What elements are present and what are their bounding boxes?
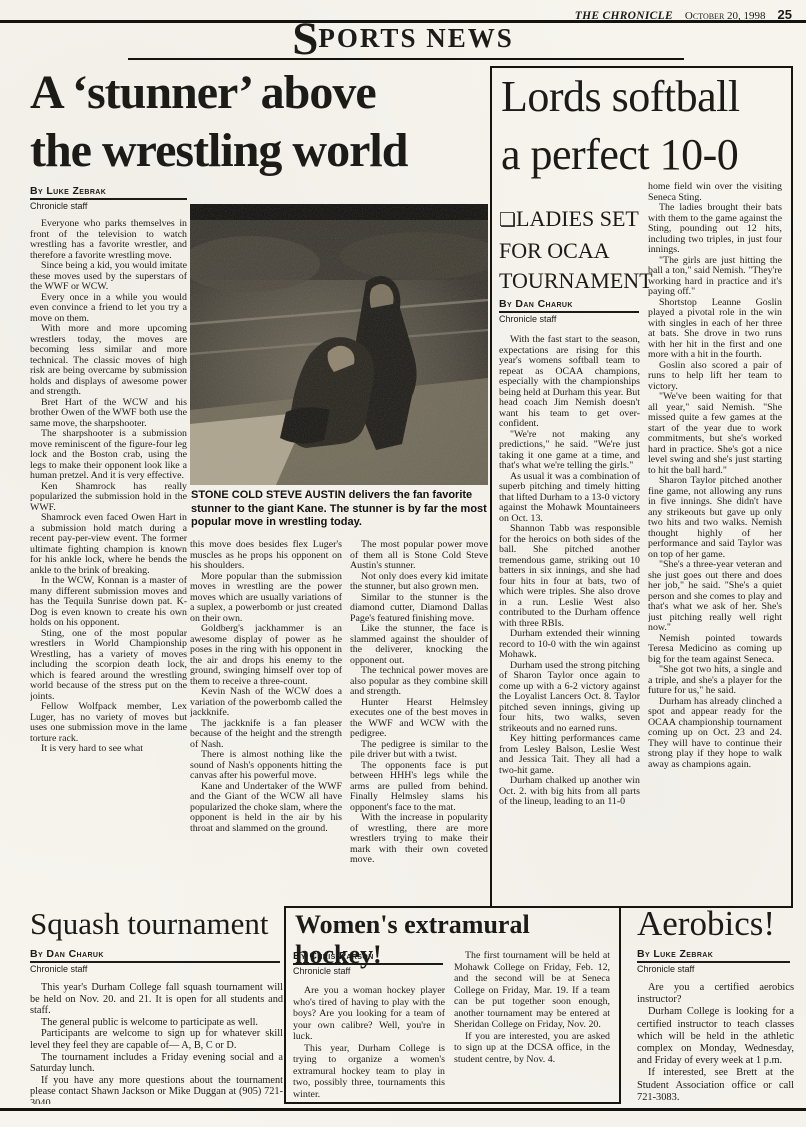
paragraph: Like the stunner, the face is slammed ag… <box>350 624 488 666</box>
squash-body: This year's Durham College fall squash t… <box>30 982 283 1104</box>
section-masthead: SPORTS NEWS <box>0 22 806 56</box>
paragraph: Are you a woman hockey player who's tire… <box>293 985 445 1043</box>
paragraph: With the fast start to the season, expec… <box>499 335 640 430</box>
paragraph: Durham extended their winning record to … <box>499 629 640 661</box>
paragraph: With the increase in popularity of wrest… <box>350 813 488 866</box>
bottom-rule <box>0 1108 806 1111</box>
paragraph: If you have any more questions about the… <box>30 1075 283 1104</box>
paragraph: Hunter Hearst Helmsley executes one of t… <box>350 698 488 740</box>
paragraph: Since being a kid, you would imitate the… <box>30 261 187 293</box>
squash-byline: By Dan Charuk Chronicle staff <box>30 948 280 974</box>
paragraph: The pedigree is similar to the pile driv… <box>350 740 488 761</box>
aerobics-headline: Aerobics! <box>637 904 775 944</box>
hockey-column-2: The first tournament will be held at Moh… <box>454 950 610 1098</box>
paragraph: The first tournament will be held at Moh… <box>454 950 610 1031</box>
paragraph: Goldberg's jackhammer is an awesome disp… <box>190 624 342 687</box>
paragraph: The ladies brought their bats with them … <box>648 203 782 256</box>
softball-headline-line-1: Lords softball <box>501 68 740 126</box>
masthead-rule <box>128 58 684 60</box>
wrestling-photo <box>190 204 488 485</box>
paragraph: The tournament includes a Friday evening… <box>30 1052 283 1075</box>
softball-column-1: With the fast start to the season, expec… <box>499 335 640 895</box>
newspaper-page: THE CHRONICLE October 20, 1998 25 SPORTS… <box>0 0 806 1127</box>
paragraph: There is almost nothing like the sound o… <box>190 750 342 782</box>
paragraph: As usual it was a combination of superb … <box>499 472 640 525</box>
paragraph: this move does besides flex Luger's musc… <box>190 540 342 572</box>
paragraph: It is very hard to see what <box>30 744 187 755</box>
hockey-column-1: Are you a woman hockey player who's tire… <box>293 985 445 1097</box>
paragraph: Durham used the strong pitching of Sharo… <box>499 661 640 735</box>
wrestling-headline: A ‘stunner’ above the wrestling world <box>30 64 488 180</box>
paragraph: "The girls are just hitting the ball a t… <box>648 256 782 298</box>
paragraph: In the WCW, Konnan is a master of many d… <box>30 576 187 629</box>
paragraph: Shannon Tabb was responsible for the her… <box>499 524 640 629</box>
squash-headline: Squash tournament <box>30 906 269 942</box>
byline-role: Chronicle staff <box>499 313 639 324</box>
paragraph: home field win over the visiting Seneca … <box>648 182 782 203</box>
softball-byline: By Dan Charuk Chronicle staff <box>499 298 639 324</box>
byline-name: By Dan Charuk <box>499 298 639 313</box>
aerobics-byline: By Luke Zebrak Chronicle staff <box>637 948 790 974</box>
paragraph: The opponents face is put between HHH's … <box>350 761 488 814</box>
paragraph: More popular than the submission moves i… <box>190 572 342 625</box>
masthead-text: PORTS NEWS <box>318 23 513 53</box>
wrestling-column-3: The most popular power move of them all … <box>350 540 488 908</box>
paragraph: If interested, see Brett at the Student … <box>637 1067 794 1104</box>
paragraph: The most popular power move of them all … <box>350 540 488 572</box>
paragraph: The technical power moves are also popul… <box>350 666 488 698</box>
softball-subhead: ❏LADIES SET FOR OCAA TOURNAMENT <box>499 204 649 296</box>
paragraph: Nemish pointed towards Teresa Medicino a… <box>648 634 782 666</box>
paragraph: Sting, one of the most popular wrestlers… <box>30 629 187 703</box>
paragraph: Not only does every kid imitate the stun… <box>350 572 488 593</box>
paragraph: Key hitting performances came from Lesle… <box>499 734 640 776</box>
byline-role: Chronicle staff <box>293 965 443 976</box>
aerobics-body: Are you a certified aerobics instructor?… <box>637 982 794 1104</box>
paragraph: Similar to the stunner is the diamond cu… <box>350 593 488 625</box>
wrestling-photo-image <box>190 204 488 485</box>
byline-name: By Chris Parson <box>293 950 443 965</box>
photo-caption: STONE COLD STEVE AUSTIN delivers the fan… <box>191 489 488 530</box>
paragraph: With more and more upcoming wrestlers to… <box>30 324 187 398</box>
paragraph: Durham has already clinched a spot and a… <box>648 697 782 771</box>
softball-headline-line-2: a perfect 10-0 <box>501 126 738 184</box>
paragraph: Participants are welcome to sign up for … <box>30 1028 283 1051</box>
paragraph: Bret Hart of the WCW and his brother Owe… <box>30 398 187 430</box>
paragraph: Durham chalked up another win Oct. 2. wi… <box>499 776 640 808</box>
byline-name: By Luke Zebrak <box>30 185 187 200</box>
byline-name: By Luke Zebrak <box>637 948 790 963</box>
paragraph: Fellow Wolfpack member, Lex Luger, has n… <box>30 702 187 744</box>
paragraph: Shortstop Leanne Goslin played a pivotal… <box>648 298 782 361</box>
paragraph: Sharon Taylor pitched another fine game,… <box>648 476 782 560</box>
paragraph: Goslin also scored a pair of runs to hel… <box>648 361 782 393</box>
paragraph: Shamrock even faced Owen Hart in a submi… <box>30 513 187 576</box>
square-bullet-icon: ❏ <box>499 210 516 231</box>
paragraph: Everyone who parks themselves in front o… <box>30 219 187 261</box>
paragraph: Kane and Undertaker of the WWF and the G… <box>190 782 342 835</box>
softball-column-2: home field win over the visiting Seneca … <box>648 182 782 898</box>
paragraph: This year, Durham College is trying to o… <box>293 1043 445 1098</box>
paragraph: The general public is welcome to partici… <box>30 1017 283 1029</box>
paragraph: This year's Durham College fall squash t… <box>30 982 283 1017</box>
paragraph: "We're not making any predictions," he s… <box>499 430 640 472</box>
wrestling-byline: By Luke Zebrak Chronicle staff <box>30 185 187 211</box>
paragraph: The sharpshooter is a submission move re… <box>30 429 187 482</box>
paragraph: Durham College is looking for a certifie… <box>637 1006 794 1067</box>
byline-name: By Dan Charuk <box>30 948 280 963</box>
softball-article-box: Lords softball a perfect 10-0 ❏LADIES SE… <box>490 66 793 908</box>
paragraph: "We've been waiting for that all year," … <box>648 392 782 476</box>
byline-role: Chronicle staff <box>30 200 187 211</box>
paragraph: Are you a certified aerobics instructor? <box>637 982 794 1006</box>
paragraph: "She got two hits, a single and a triple… <box>648 665 782 697</box>
headline-line-2: the wrestling world <box>30 122 488 180</box>
byline-role: Chronicle staff <box>637 963 790 974</box>
paragraph: Kevin Nash of the WCW does a variation o… <box>190 687 342 719</box>
paragraph: Ken Shamrock has really popularized the … <box>30 482 187 514</box>
paragraph: Every once in a while you would even con… <box>30 293 187 325</box>
headline-line-1: A ‘stunner’ above <box>30 64 488 122</box>
byline-role: Chronicle staff <box>30 963 280 974</box>
paragraph: "She's a three-year veteran and she just… <box>648 560 782 634</box>
paragraph: The jackknife is a fan pleaser because o… <box>190 719 342 751</box>
hockey-article-box: Women's extramural hockey! By Chris Pars… <box>284 906 621 1104</box>
paragraph: If you are interested, you are asked to … <box>454 1031 610 1066</box>
wrestling-column-1: Everyone who parks themselves in front o… <box>30 219 187 911</box>
subhead-text: LADIES SET FOR OCAA TOURNAMENT <box>499 206 653 293</box>
wrestling-column-2: this move does besides flex Luger's musc… <box>190 540 342 912</box>
hockey-byline: By Chris Parson Chronicle staff <box>293 950 443 976</box>
